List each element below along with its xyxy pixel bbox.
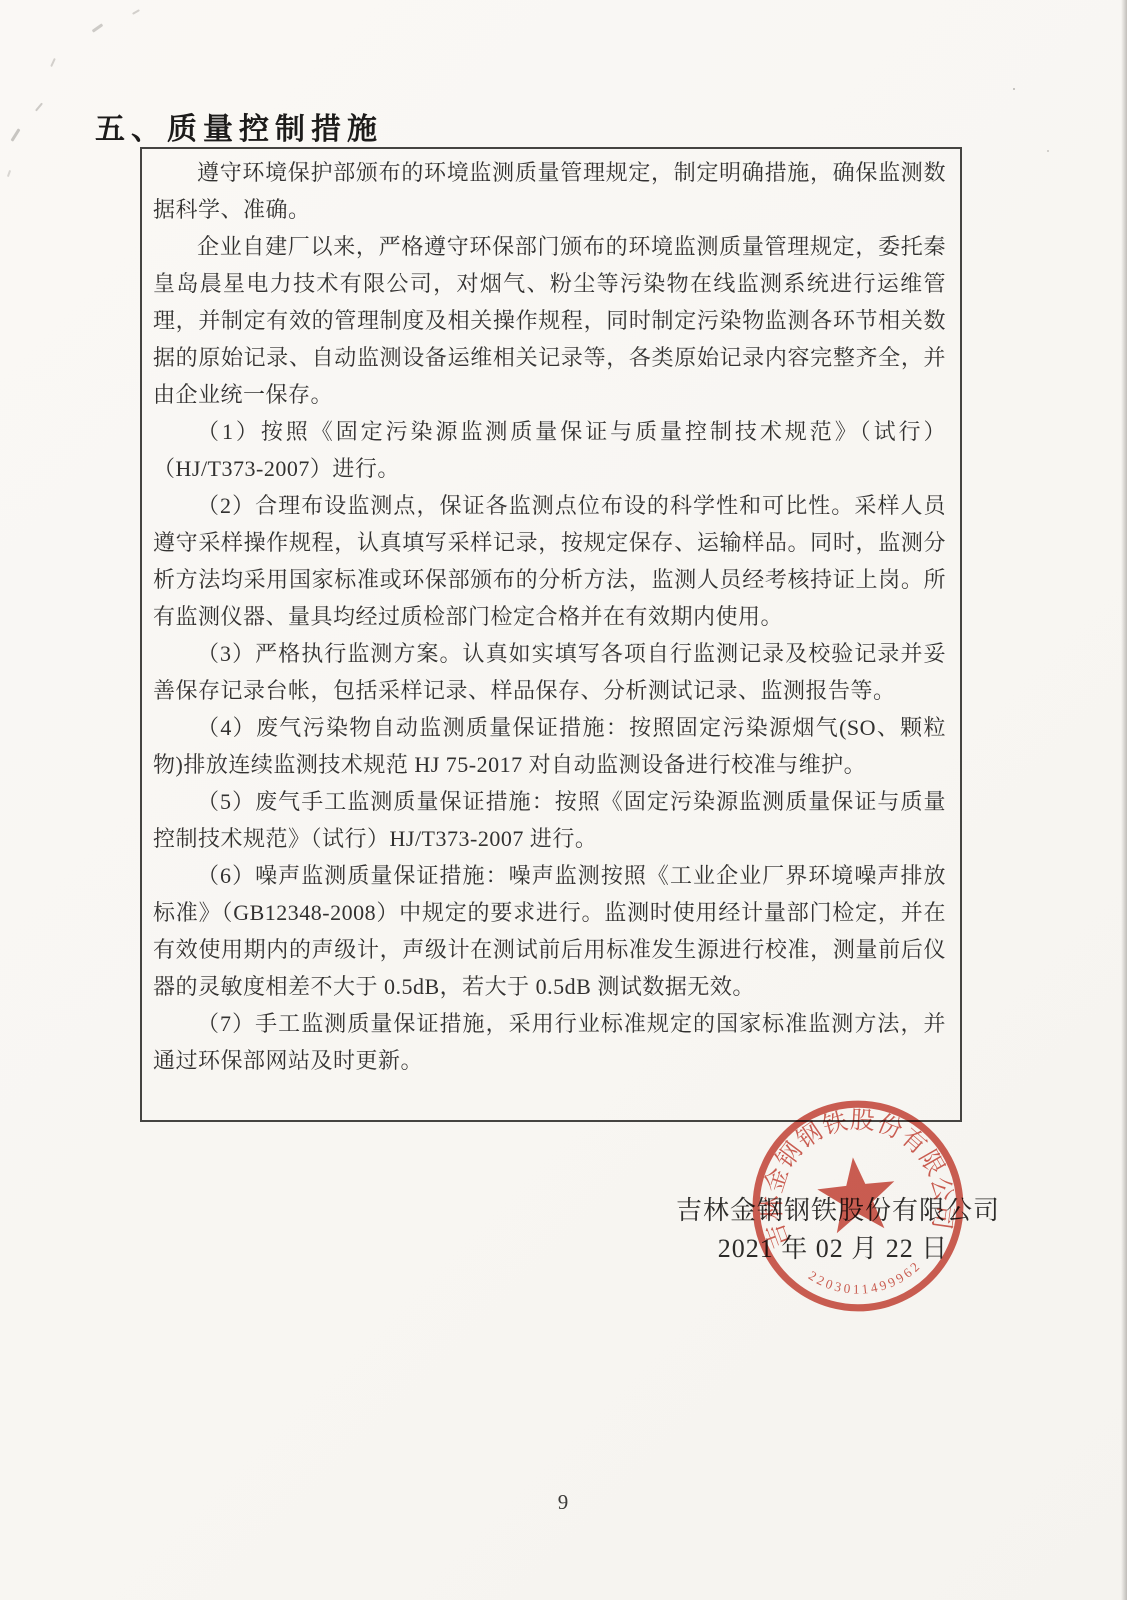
paragraph: 企业自建厂以来，严格遵守环保部门颁布的环境监测质量管理规定，委托秦皇岛晨星电力技… <box>153 228 946 413</box>
scan-artifact <box>1047 150 1049 152</box>
section-title: 五、质量控制措施 <box>95 104 383 148</box>
paragraph: （6）噪声监测质量保证措施：噪声监测按照《工业企业厂界环境噪声排放标准》（GB1… <box>153 857 946 1005</box>
scan-artifact <box>7 170 11 177</box>
paragraph: （1）按照《固定污染源监测质量保证与质量控制技术规范》（试行）（HJ/T373-… <box>153 413 946 487</box>
scan-artifact <box>11 128 21 141</box>
paragraph: （5）废气手工监测质量保证措施：按照《固定污染源监测质量保证与质量控制技术规范》… <box>153 783 946 857</box>
signature-date: 2021 年 02 月 22 日 <box>676 1230 990 1268</box>
signature-company: 吉林金钢钢铁股份有限公司 <box>676 1192 990 1230</box>
signature-block: 吉林金钢钢铁股份有限公司 2021 年 02 月 22 日 <box>676 1192 990 1268</box>
scan-artifact <box>35 103 43 112</box>
quality-box: 遵守环境保护部颁布的环境监测质量管理规定，制定明确措施，确保监测数据科学、准确。… <box>140 147 962 1122</box>
scanned-document-page: 五、质量控制措施 遵守环境保护部颁布的环境监测质量管理规定，制定明确措施，确保监… <box>0 0 1127 1600</box>
paragraph: （7）手工监测质量保证措施，采用行业标准规定的国家标准监测方法，并通过环保部网站… <box>153 1005 946 1079</box>
paragraph: （3）严格执行监测方案。认真如实填写各项自行监测记录及校验记录并妥善保存记录台帐… <box>153 635 946 709</box>
paragraph: 遵守环境保护部颁布的环境监测质量管理规定，制定明确措施，确保监测数据科学、准确。 <box>153 154 946 228</box>
scan-edge-shadow <box>1121 0 1127 1600</box>
paragraph: （2）合理布设监测点，保证各监测点位布设的科学性和可比性。采样人员遵守采样操作规… <box>153 487 946 635</box>
page-number: 9 <box>503 1490 623 1515</box>
scan-artifact <box>50 58 56 67</box>
scan-artifact <box>132 9 140 15</box>
paragraph: （4）废气污染物自动监测质量保证措施：按照固定污染源烟气(SO、颗粒物)排放连续… <box>153 709 946 783</box>
scan-artifact <box>1013 88 1015 90</box>
scan-artifact <box>92 23 104 32</box>
